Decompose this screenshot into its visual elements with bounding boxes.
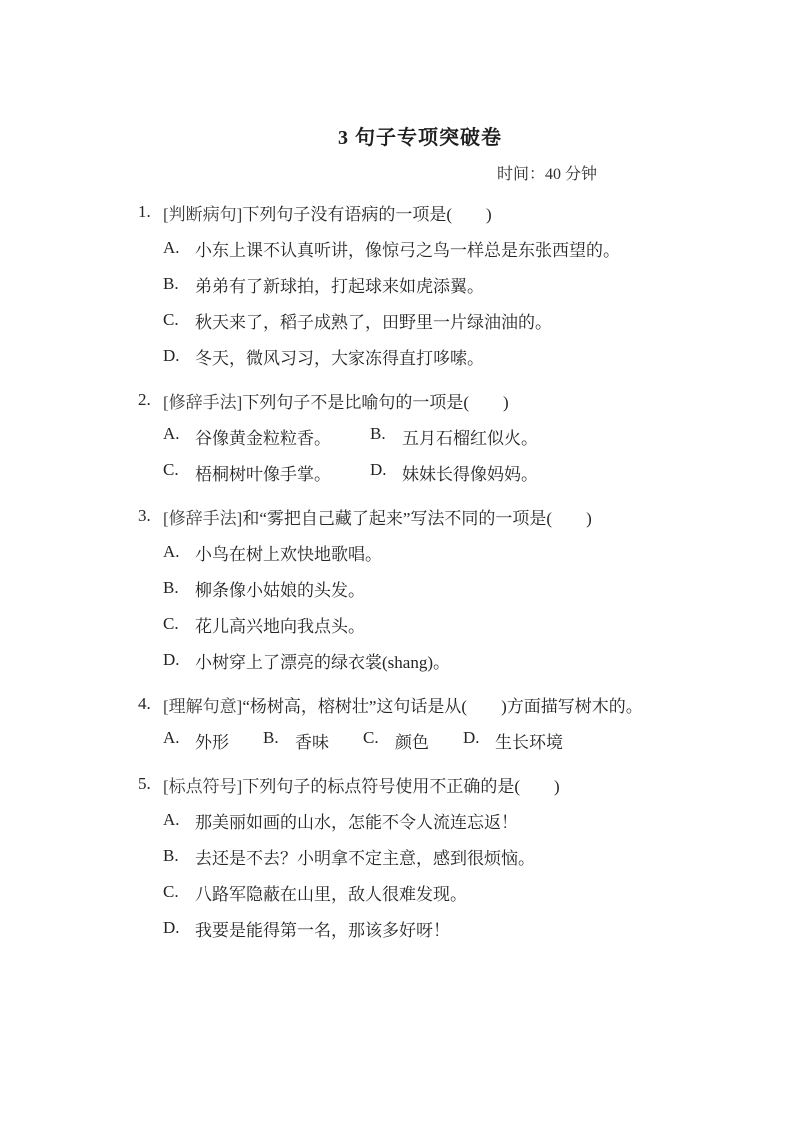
- question-5-option-d: D. 我要是能得第一名，那该多好呀！: [163, 910, 723, 946]
- question-5-option-b: B. 去还是不去？小明拿不定主意，感到很烦恼。: [163, 838, 723, 874]
- question-1-option-c: C. 秋天来了，稻子成熟了，田野里一片绿油油的。: [163, 302, 723, 338]
- question-5-option-c: C. 八路军隐蔽在山里，敌人很难发现。: [163, 874, 723, 910]
- question-2-options-row-2: C. 梧桐树叶像手掌。 D. 妹妹长得像妈妈。: [163, 454, 723, 490]
- option-letter: C.: [163, 460, 195, 485]
- question-3-stem: 和“雾把自己藏了起来”写法不同的一项是( ): [242, 504, 591, 529]
- option-letter: A.: [163, 542, 195, 562]
- question-4-option-d: D. 生长环境: [463, 728, 563, 753]
- question-2: 2. [修辞手法] 下列句子不是比喻句的一项是( ) A. 谷像黄金粒粒香。 B…: [138, 382, 723, 490]
- question-2-option-c: C. 梧桐树叶像手掌。: [163, 460, 370, 485]
- question-3-stem-line: 3. [修辞手法] 和“雾把自己藏了起来”写法不同的一项是( ): [138, 498, 723, 534]
- question-1-option-a: A. 小东上课不认真听讲，像惊弓之鸟一样总是东张西望的。: [163, 230, 723, 266]
- question-1: 1. [判断病句] 下列句子没有语病的一项是( ) A. 小东上课不认真听讲，像…: [138, 194, 723, 374]
- option-text: 香味: [295, 728, 329, 753]
- question-4-options-row: A. 外形 B. 香味 C. 颜色 D. 生长环境: [163, 722, 723, 758]
- option-text: 外形: [195, 728, 229, 753]
- option-letter: B.: [370, 424, 402, 449]
- option-text: 弟弟有了新球拍，打起球来如虎添翼。: [195, 272, 484, 297]
- option-text: 花儿高兴地向我点头。: [195, 612, 365, 637]
- question-2-option-a: A. 谷像黄金粒粒香。: [163, 424, 370, 449]
- question-4-stem-line: 4. [理解句意] “杨树高，榕树壮”这句话是从( )方面描写树木的。: [138, 686, 723, 722]
- option-letter: D.: [163, 650, 195, 670]
- option-text: 冬天，微风习习，大家冻得直打哆嗦。: [195, 344, 484, 369]
- option-letter: A.: [163, 810, 195, 830]
- option-letter: B.: [163, 846, 195, 866]
- question-1-option-d: D. 冬天，微风习习，大家冻得直打哆嗦。: [163, 338, 723, 374]
- question-5: 5. [标点符号] 下列句子的标点符号使用不正确的是( ) A. 那美丽如画的山…: [138, 766, 723, 946]
- question-2-stem: 下列句子不是比喻句的一项是( ): [242, 388, 508, 413]
- question-4-option-a: A. 外形: [163, 728, 263, 753]
- option-text: 小树穿上了漂亮的绿衣裳(shang)。: [195, 648, 450, 673]
- option-letter: D.: [370, 460, 402, 485]
- worksheet-page: 3 句子专项突破卷 时间：40 分钟 1. [判断病句] 下列句子没有语病的一项…: [0, 0, 793, 1122]
- option-letter: C.: [163, 882, 195, 902]
- question-3-number: 3.: [138, 506, 163, 526]
- question-5-stem-line: 5. [标点符号] 下列句子的标点符号使用不正确的是( ): [138, 766, 723, 802]
- question-2-stem-line: 2. [修辞手法] 下列句子不是比喻句的一项是( ): [138, 382, 723, 418]
- option-text: 八路军隐蔽在山里，敌人很难发现。: [195, 880, 467, 905]
- option-text: 梧桐树叶像手掌。: [195, 460, 331, 485]
- question-2-tag: [修辞手法]: [163, 388, 242, 413]
- option-letter: A.: [163, 238, 195, 258]
- option-letter: C.: [163, 614, 195, 634]
- question-3: 3. [修辞手法] 和“雾把自己藏了起来”写法不同的一项是( ) A. 小鸟在树…: [138, 498, 723, 678]
- question-4-stem: “杨树高，榕树壮”这句话是从( )方面描写树木的。: [242, 692, 642, 717]
- question-4-option-c: C. 颜色: [363, 728, 463, 753]
- question-1-tag: [判断病句]: [163, 200, 242, 225]
- option-letter: B.: [263, 728, 295, 753]
- question-3-option-c: C. 花儿高兴地向我点头。: [163, 606, 723, 642]
- option-text: 那美丽如画的山水，怎能不令人流连忘返！: [195, 808, 518, 833]
- option-letter: B.: [163, 578, 195, 598]
- option-letter: D.: [163, 918, 195, 938]
- question-1-stem-line: 1. [判断病句] 下列句子没有语病的一项是( ): [138, 194, 723, 230]
- question-5-tag: [标点符号]: [163, 772, 242, 797]
- question-3-option-a: A. 小鸟在树上欢快地歌唱。: [163, 534, 723, 570]
- question-3-tag: [修辞手法]: [163, 504, 242, 529]
- option-letter: C.: [363, 728, 395, 753]
- question-4-number: 4.: [138, 694, 163, 714]
- time-limit-note: 时间：40 分钟: [497, 161, 597, 184]
- option-text: 秋天来了，稻子成熟了，田野里一片绿油油的。: [195, 308, 552, 333]
- option-text: 妹妹长得像妈妈。: [402, 460, 538, 485]
- option-letter: C.: [163, 310, 195, 330]
- question-5-option-a: A. 那美丽如画的山水，怎能不令人流连忘返！: [163, 802, 723, 838]
- question-1-number: 1.: [138, 202, 163, 222]
- option-letter: D.: [463, 728, 495, 753]
- option-text: 生长环境: [495, 728, 563, 753]
- option-letter: A.: [163, 424, 195, 449]
- option-text: 去还是不去？小明拿不定主意，感到很烦恼。: [195, 844, 535, 869]
- question-2-option-b: B. 五月石榴红似火。: [370, 424, 538, 449]
- question-4-tag: [理解句意]: [163, 692, 242, 717]
- page-title: 3 句子专项突破卷: [338, 121, 502, 150]
- question-4: 4. [理解句意] “杨树高，榕树壮”这句话是从( )方面描写树木的。 A. 外…: [138, 686, 723, 758]
- question-3-option-b: B. 柳条像小姑娘的头发。: [163, 570, 723, 606]
- question-2-options-row-1: A. 谷像黄金粒粒香。 B. 五月石榴红似火。: [163, 418, 723, 454]
- question-5-number: 5.: [138, 774, 163, 794]
- question-2-option-d: D. 妹妹长得像妈妈。: [370, 460, 538, 485]
- option-text: 小鸟在树上欢快地歌唱。: [195, 540, 382, 565]
- question-5-stem: 下列句子的标点符号使用不正确的是( ): [242, 772, 559, 797]
- question-4-option-b: B. 香味: [263, 728, 363, 753]
- question-list: 1. [判断病句] 下列句子没有语病的一项是( ) A. 小东上课不认真听讲，像…: [138, 194, 723, 954]
- option-text: 柳条像小姑娘的头发。: [195, 576, 365, 601]
- option-letter: D.: [163, 346, 195, 366]
- option-text: 颜色: [395, 728, 429, 753]
- option-letter: B.: [163, 274, 195, 294]
- option-letter: A.: [163, 728, 195, 753]
- question-2-number: 2.: [138, 390, 163, 410]
- option-text: 我要是能得第一名，那该多好呀！: [195, 916, 450, 941]
- question-1-option-b: B. 弟弟有了新球拍，打起球来如虎添翼。: [163, 266, 723, 302]
- question-3-option-d: D. 小树穿上了漂亮的绿衣裳(shang)。: [163, 642, 723, 678]
- option-text: 五月石榴红似火。: [402, 424, 538, 449]
- option-text: 小东上课不认真听讲，像惊弓之鸟一样总是东张西望的。: [195, 236, 620, 261]
- question-1-stem: 下列句子没有语病的一项是( ): [242, 200, 491, 225]
- option-text: 谷像黄金粒粒香。: [195, 424, 331, 449]
